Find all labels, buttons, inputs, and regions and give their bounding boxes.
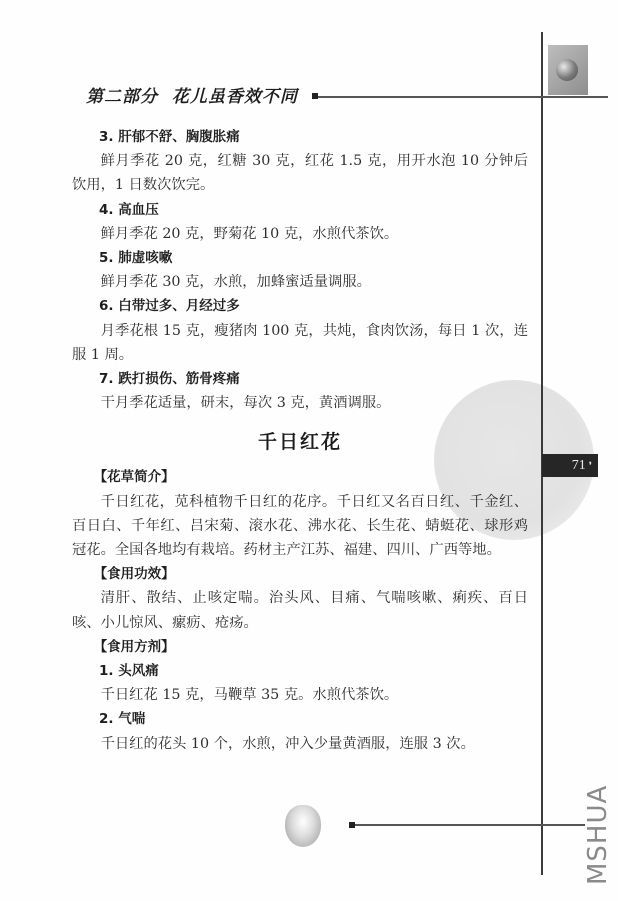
remedy-text: 鲜月季花 20 克，野菊花 10 克，水煎代茶饮。 <box>72 222 528 246</box>
footer-rule <box>355 824 585 826</box>
tick-mark-icon: ❜ <box>589 461 592 472</box>
intro-label: 【花草简介】 <box>72 465 528 489</box>
recipe-text: 千日红花 15 克，马鞭草 35 克。水煎代茶饮。 <box>72 683 528 707</box>
globe-emblem-icon <box>548 45 588 95</box>
running-header-title: 第二部分 花儿虽香效不同 <box>86 82 298 107</box>
remedy-text: 鲜月季花 20 克，红糖 30 克，红花 1.5 克，用开水泡 10 分钟后饮用… <box>72 149 528 197</box>
page-number-tab: 71❜ <box>542 454 598 477</box>
recipe-heading: 2. 气喘 <box>72 707 528 731</box>
recipe-text: 千日红的花头 10 个，水煎，冲入少量黄酒服，连服 3 次。 <box>72 732 528 756</box>
section-title: 千日红花 <box>72 429 528 455</box>
remedy-text: 月季花根 15 克，瘦猪肉 100 克，共炖，食肉饮汤，每日 1 次，连服 1 … <box>72 319 528 367</box>
remedy-heading: 6. 白带过多、月经过多 <box>72 294 528 318</box>
remedy-text: 干月季花适量，研末，每次 3 克，黄酒调服。 <box>72 391 528 415</box>
effect-text: 清肝、散结、止咳定喘。治头风、目痛、气喘咳嗽、痢疾、百日咳、小儿惊风、瘰疬、疮疡… <box>72 586 528 634</box>
recipe-heading: 1. 头风痛 <box>72 659 528 683</box>
remedy-text: 鲜月季花 30 克，水煎，加蜂蜜适量调服。 <box>72 270 528 294</box>
effect-label: 【食用功效】 <box>72 562 528 586</box>
recipes-label: 【食用方剂】 <box>72 635 528 659</box>
header-rule <box>318 96 608 98</box>
watermark-text: MSHUA <box>583 785 613 885</box>
leaf-ornament-icon <box>285 805 321 847</box>
intro-text: 千日红花，苋科植物千日红的花序。千日红又名百日红、千金红、百日白、千年红、吕宋菊… <box>72 490 528 563</box>
page-body: 3. 肝郁不舒、胸腹胀痛 鲜月季花 20 克，红糖 30 克，红花 1.5 克，… <box>72 125 528 756</box>
remedy-heading: 7. 跌打损伤、筋骨疼痛 <box>72 367 528 391</box>
page-number: 71 <box>572 458 586 473</box>
book-page: 第二部分 花儿虽香效不同 71❜ 3. 肝郁不舒、胸腹胀痛 鲜月季花 20 克，… <box>0 0 618 901</box>
remedy-heading: 4. 高血压 <box>72 198 528 222</box>
remedy-heading: 3. 肝郁不舒、胸腹胀痛 <box>72 125 528 149</box>
remedy-heading: 5. 肺虚咳嗽 <box>72 246 528 270</box>
